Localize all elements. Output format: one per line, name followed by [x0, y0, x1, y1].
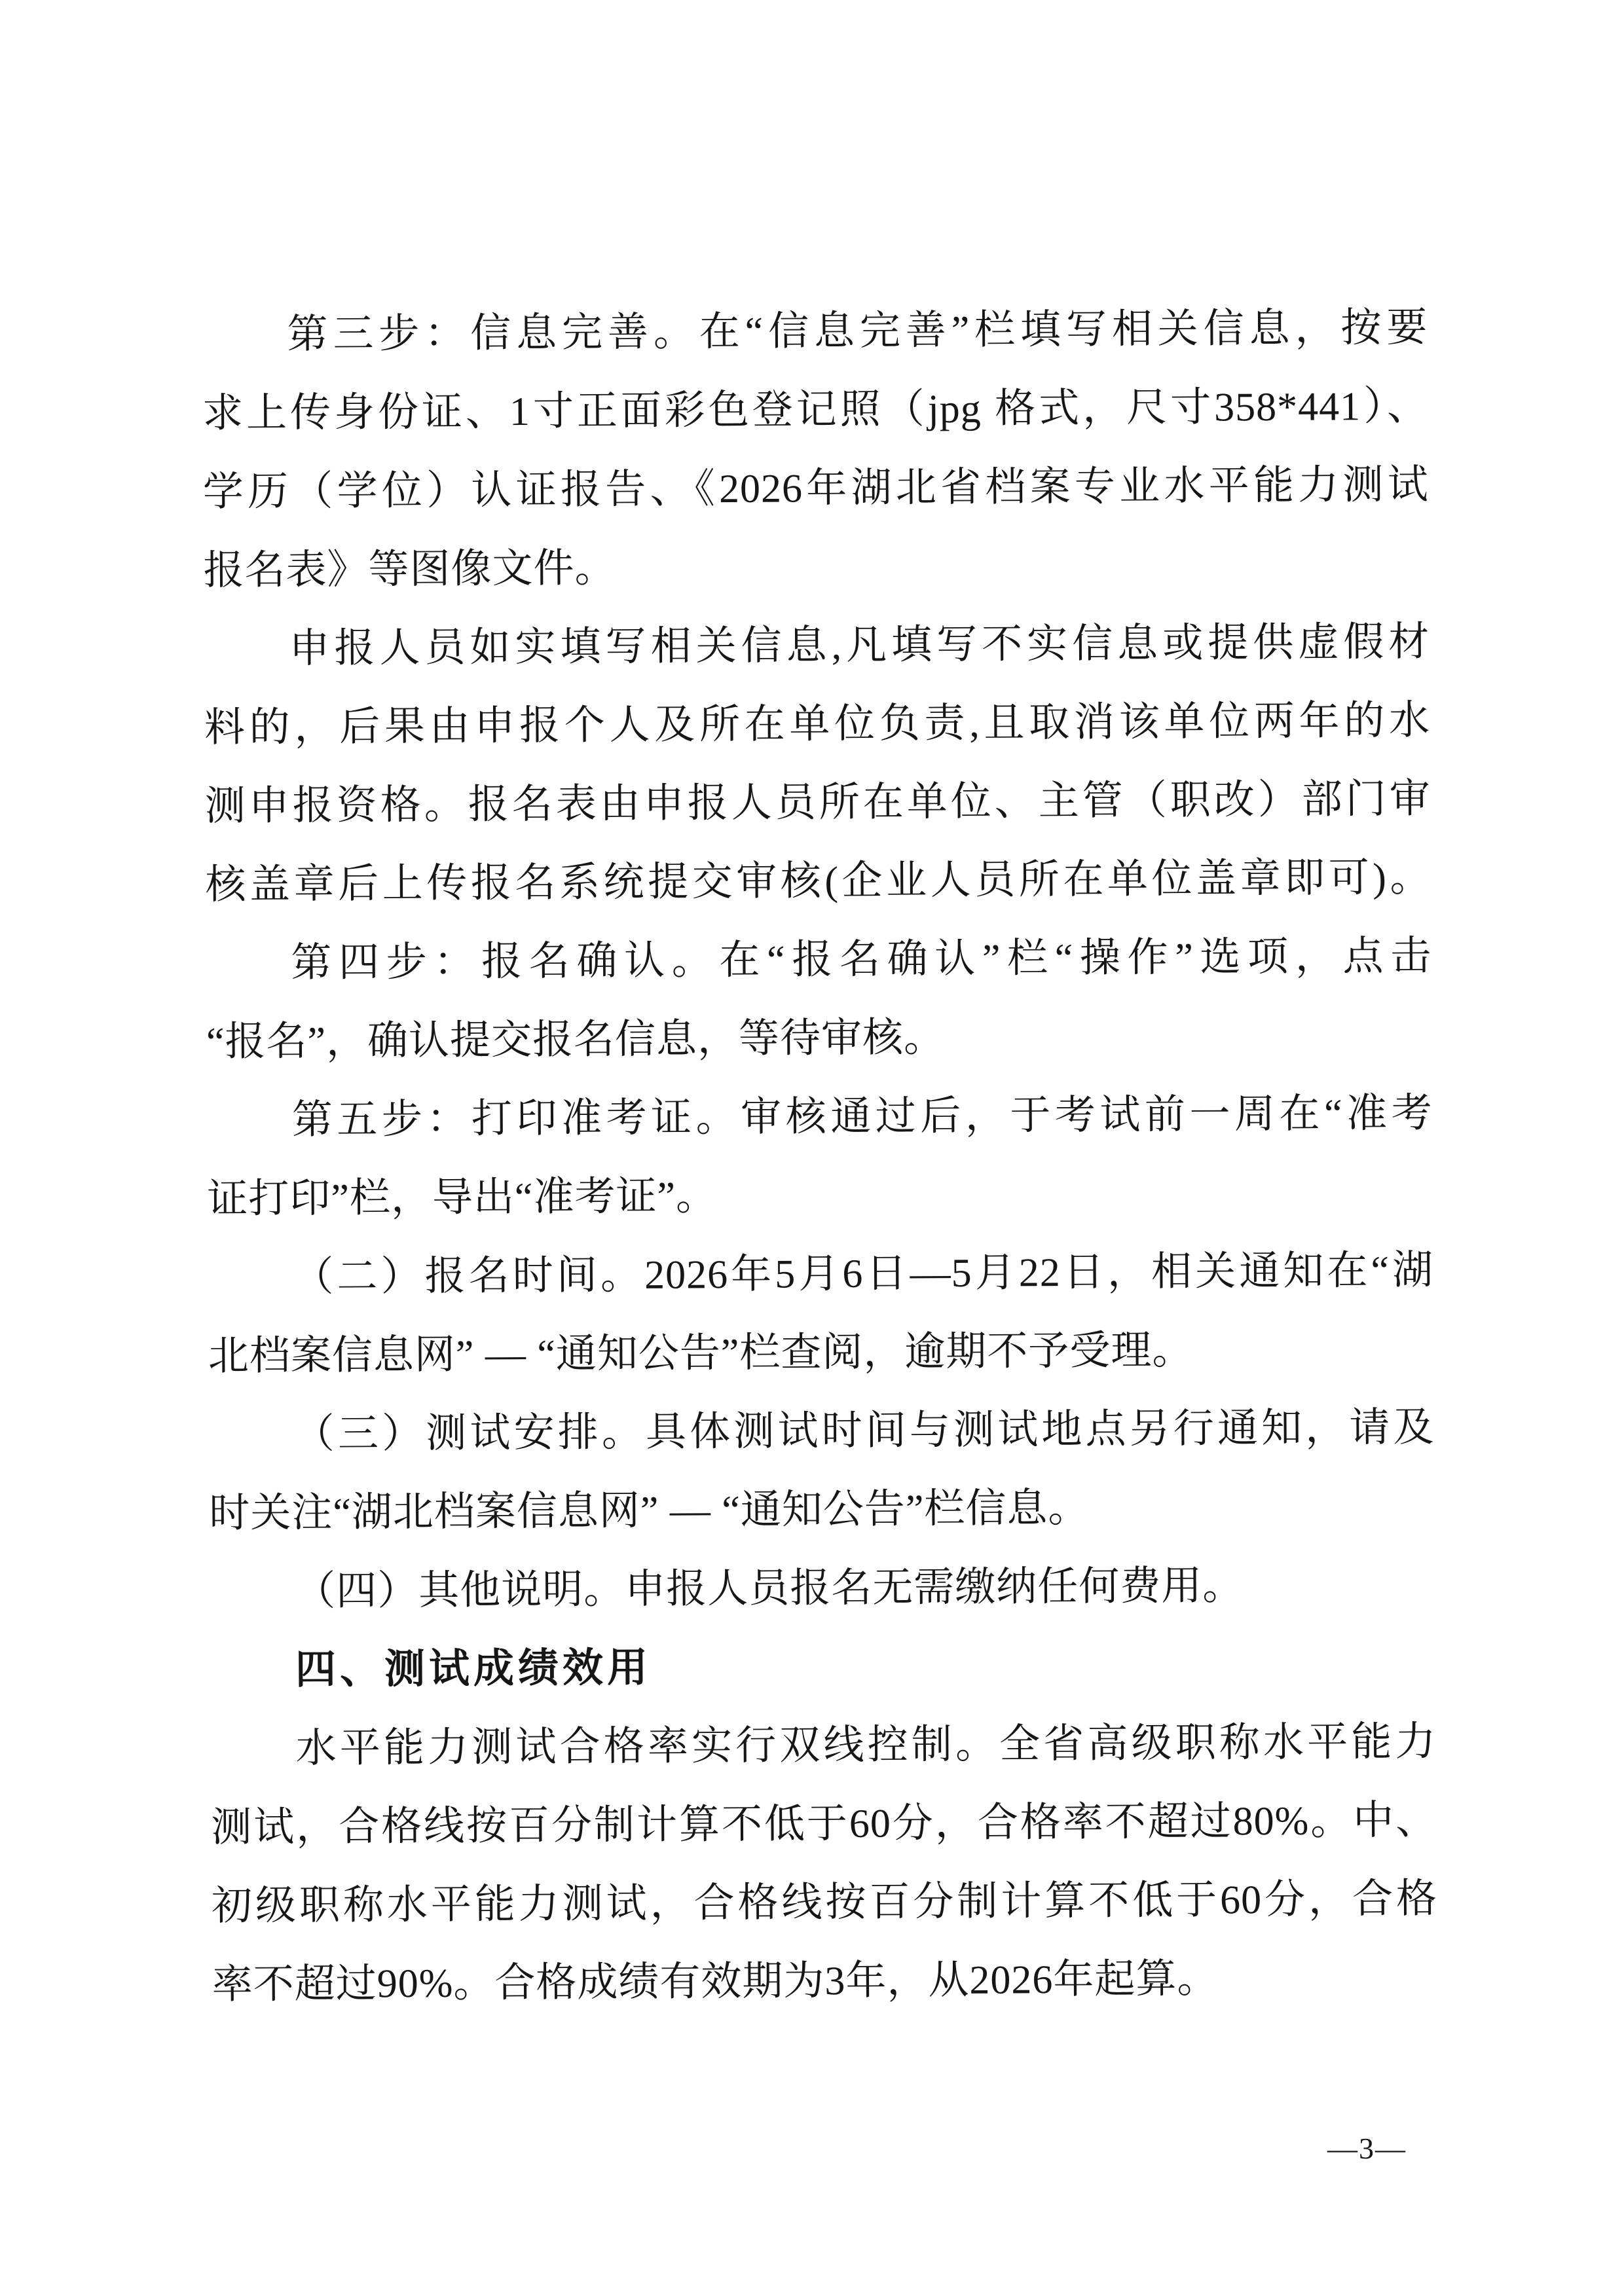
document-line: （四）其他说明。申报人员报名无需缴纳任何费用。	[210, 1546, 1436, 1631]
document-line: 率不超过90%。合格成绩有效期为3年，从2026年起算。	[212, 1939, 1438, 2024]
document-line: 求上传身份证、1寸正面彩色登记照（jpg 格式，尺寸358*441）、	[202, 367, 1429, 453]
document-line: 料的，后果由申报个人及所在单位负责,且取消该单位两年的水	[204, 682, 1431, 767]
document-line: 学历（学位）认证报告、《2026年湖北省档案专业水平能力测试	[202, 446, 1429, 532]
document-page: 第三步：信息完善。在“信息完善”栏填写相关信息，按要 求上传身份证、1寸正面彩色…	[0, 0, 1624, 2296]
document-line: 报名表》等图像文件。	[203, 524, 1430, 610]
document-line: 第五步：打印准考证。审核通过后，于考试前一周在“准考	[206, 1074, 1433, 1160]
document-line: 证打印”栏，导出“准考证”。	[207, 1153, 1433, 1239]
document-line: （三）测试安排。具体测试时间与测试地点另行通知，请及	[208, 1389, 1435, 1474]
document-line: 申报人员如实填写相关信息,凡填写不实信息或提供虚假材	[204, 603, 1430, 689]
document-line: 第四步：报名确认。在“报名确认”栏“操作”选项，点击	[206, 917, 1432, 1003]
document-line: 时关注“湖北档案信息网” — “通知公告”栏信息。	[209, 1467, 1435, 1553]
document-line: 测申报资格。报名表由申报人员所在单位、主管（职改）部门审	[204, 760, 1431, 846]
document-line: 第三步：信息完善。在“信息完善”栏填写相关信息，按要	[202, 289, 1428, 374]
document-line: 测试，合格线按百分制计算不低于60分，合格率不超过80%。中、	[211, 1781, 1437, 1867]
document-line: 水平能力测试合格率实行双线控制。全省高级职称水平能力	[210, 1703, 1437, 1789]
document-line: （二）报名时间。2026年5月6日—5月22日，相关通知在“湖	[208, 1231, 1434, 1317]
document-line: 核盖章后上传报名系统提交审核(企业人员所在单位盖章即可)。	[205, 839, 1431, 924]
document-body-text: 第三步：信息完善。在“信息完善”栏填写相关信息，按要 求上传身份证、1寸正面彩色…	[202, 289, 1438, 2024]
document-line: 北档案信息网” — “通知公告”栏查阅，逾期不予受理。	[208, 1310, 1435, 1396]
section-heading: 四、测试成绩效用	[210, 1624, 1436, 1710]
document-line: 初级职称水平能力测试，合格线按百分制计算不低于60分，合格	[212, 1860, 1438, 1946]
page-number: —3—	[1327, 2129, 1407, 2168]
document-line: “报名”，确认提交报名信息，等待审核。	[206, 996, 1433, 1082]
